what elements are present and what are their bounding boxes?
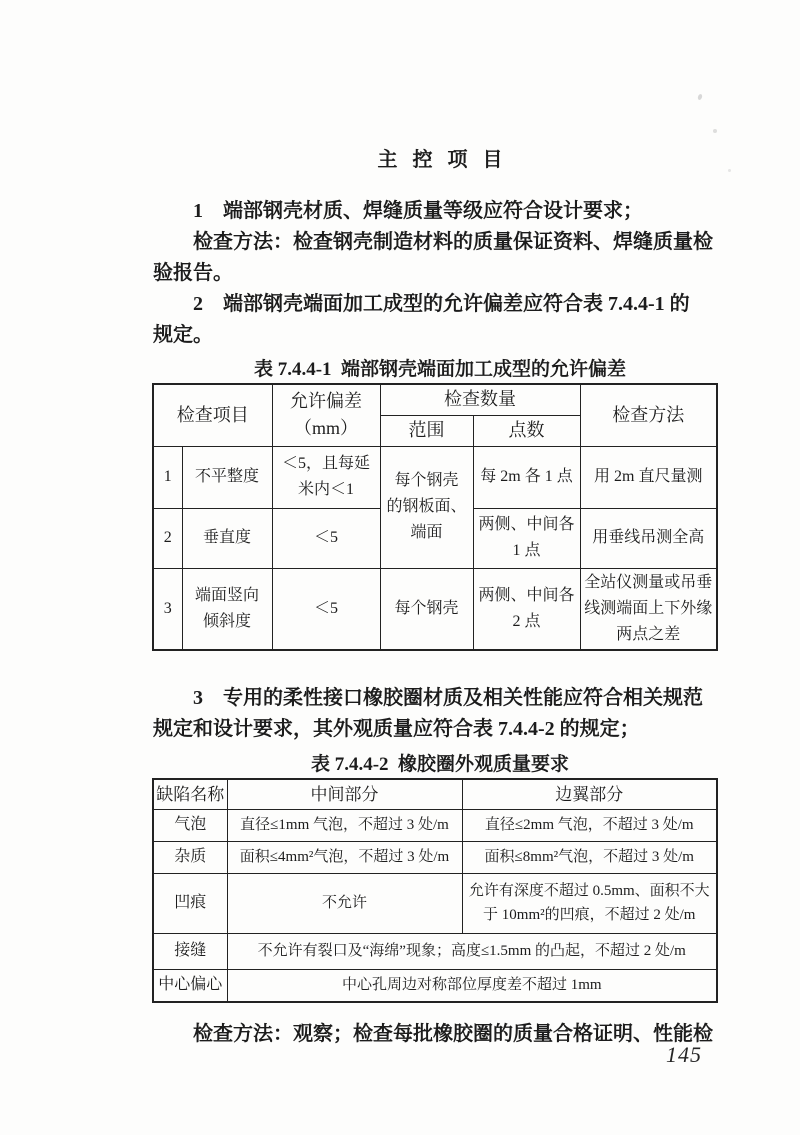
table-row: 中心偏心 中心孔周边对称部位厚度差不超过 1mm bbox=[153, 969, 717, 1002]
page-number: 145 bbox=[666, 1042, 702, 1068]
t2-cell-middle: 直径≤1mm 气泡，不超过 3 处/m bbox=[227, 809, 462, 841]
t2-cell-middle: 面积≤4mm²气泡，不超过 3 处/m bbox=[227, 841, 462, 873]
t1-cell-tolerance: ＜5 bbox=[272, 568, 380, 650]
t1-cell-item: 不平整度 bbox=[182, 446, 272, 508]
paragraph-item-1: 1 端部钢壳材质、焊缝质量等级应符合设计要求； bbox=[153, 196, 727, 227]
t2-cell-full: 中心孔周边对称部位厚度差不超过 1mm bbox=[227, 969, 717, 1002]
table-row: 凹痕 不允许 允许有深度不超过 0.5mm、面积不大 于 10mm²的凹痕，不超… bbox=[153, 873, 717, 933]
t2-cell-edge: 面积≤8mm²气泡，不超过 3 处/m bbox=[462, 841, 717, 873]
t1-header-tolerance: 允许偏差 （mm） bbox=[272, 384, 380, 446]
table-row: 3 端面竖向 倾斜度 ＜5 每个钢壳 两侧、中间各 2 点 全站仪测量或吊垂 线… bbox=[153, 568, 717, 650]
t1-cell-tolerance: ＜5 bbox=[272, 508, 380, 568]
page-content: 主控项目 1 端部钢壳材质、焊缝质量等级应符合设计要求； 检查方法：检查钢壳制造… bbox=[153, 0, 727, 1050]
t1-cell-no: 2 bbox=[153, 508, 182, 568]
t2-header-edge: 边翼部分 bbox=[462, 779, 717, 810]
t1-header-range: 范围 bbox=[380, 415, 473, 446]
t1-cell-item: 垂直度 bbox=[182, 508, 272, 568]
t1-cell-method: 用 2m 直尺量测 bbox=[580, 446, 717, 508]
t1-cell-no: 3 bbox=[153, 568, 182, 650]
paragraph-check-method-1: 检查方法：检查钢壳制造材料的质量保证资料、焊缝质量检 验报告。 bbox=[153, 227, 727, 289]
t1-cell-no: 1 bbox=[153, 446, 182, 508]
t2-cell-edge: 允许有深度不超过 0.5mm、面积不大 于 10mm²的凹痕，不超过 2 处/m bbox=[462, 873, 717, 933]
t2-header-name: 缺陷名称 bbox=[153, 779, 227, 810]
t1-cell-tolerance: ＜5，且每延 米内＜1 bbox=[272, 446, 380, 508]
t1-cell-points: 每 2m 各 1 点 bbox=[473, 446, 580, 508]
t1-header-points: 点数 bbox=[473, 415, 580, 446]
t2-cell-name: 中心偏心 bbox=[153, 969, 227, 1002]
paragraph-item-3: 3 专用的柔性接口橡胶圈材质及相关性能应符合相关规范 规定和设计要求，其外观质量… bbox=[153, 683, 727, 745]
table-7442-title: 表 7.4.4-2 橡胶圈外观质量要求 bbox=[153, 752, 727, 778]
t2-cell-middle: 不允许 bbox=[227, 873, 462, 933]
t1-header-item: 检查项目 bbox=[153, 384, 272, 446]
table-row: 1 不平整度 ＜5，且每延 米内＜1 每个钢壳 的钢板面、 端面 每 2m 各 … bbox=[153, 446, 717, 508]
table-row: 接缝 不允许有裂口及“海绵”现象；高度≤1.5mm 的凸起，不超过 2 处/m bbox=[153, 933, 717, 969]
table-7441-title: 表 7.4.4-1 端部钢壳端面加工成型的允许偏差 bbox=[153, 357, 727, 383]
paragraph-item-2: 2 端部钢壳端面加工成型的允许偏差应符合表 7.4.4-1 的 规定。 bbox=[153, 289, 727, 351]
t1-cell-item: 端面竖向 倾斜度 bbox=[182, 568, 272, 650]
t1-header-method: 检查方法 bbox=[580, 384, 717, 446]
t2-cell-edge: 直径≤2mm 气泡，不超过 3 处/m bbox=[462, 809, 717, 841]
t2-cell-name: 杂质 bbox=[153, 841, 227, 873]
table-row: 杂质 面积≤4mm²气泡，不超过 3 处/m 面积≤8mm²气泡，不超过 3 处… bbox=[153, 841, 717, 873]
t1-header-quantity: 检查数量 bbox=[380, 384, 580, 415]
paragraph-check-method-2: 检查方法：观察；检查每批橡胶圈的质量合格证明、性能检 bbox=[153, 1019, 727, 1050]
table-row: 气泡 直径≤1mm 气泡，不超过 3 处/m 直径≤2mm 气泡，不超过 3 处… bbox=[153, 809, 717, 841]
scan-speck bbox=[728, 169, 731, 172]
section-heading: 主控项目 bbox=[153, 148, 727, 172]
t1-cell-range: 每个钢壳 的钢板面、 端面 bbox=[380, 446, 473, 568]
t2-cell-name: 接缝 bbox=[153, 933, 227, 969]
t2-cell-name: 凹痕 bbox=[153, 873, 227, 933]
t2-cell-name: 气泡 bbox=[153, 809, 227, 841]
t1-cell-method: 全站仪测量或吊垂 线测端面上下外缘 两点之差 bbox=[580, 568, 717, 650]
t1-cell-points: 两侧、中间各 2 点 bbox=[473, 568, 580, 650]
table-7441: 检查项目 允许偏差 （mm） 检查数量 检查方法 范围 点数 1 不平整度 ＜5… bbox=[152, 383, 718, 651]
t1-cell-method: 用垂线吊测全高 bbox=[580, 508, 717, 568]
table-7442: 缺陷名称 中间部分 边翼部分 气泡 直径≤1mm 气泡，不超过 3 处/m 直径… bbox=[152, 778, 718, 1004]
t2-header-middle: 中间部分 bbox=[227, 779, 462, 810]
t1-cell-points: 两侧、中间各 1 点 bbox=[473, 508, 580, 568]
scanned-document-page: 主控项目 1 端部钢壳材质、焊缝质量等级应符合设计要求； 检查方法：检查钢壳制造… bbox=[0, 0, 800, 1135]
t1-cell-range: 每个钢壳 bbox=[380, 568, 473, 650]
t2-cell-full: 不允许有裂口及“海绵”现象；高度≤1.5mm 的凸起，不超过 2 处/m bbox=[227, 933, 717, 969]
